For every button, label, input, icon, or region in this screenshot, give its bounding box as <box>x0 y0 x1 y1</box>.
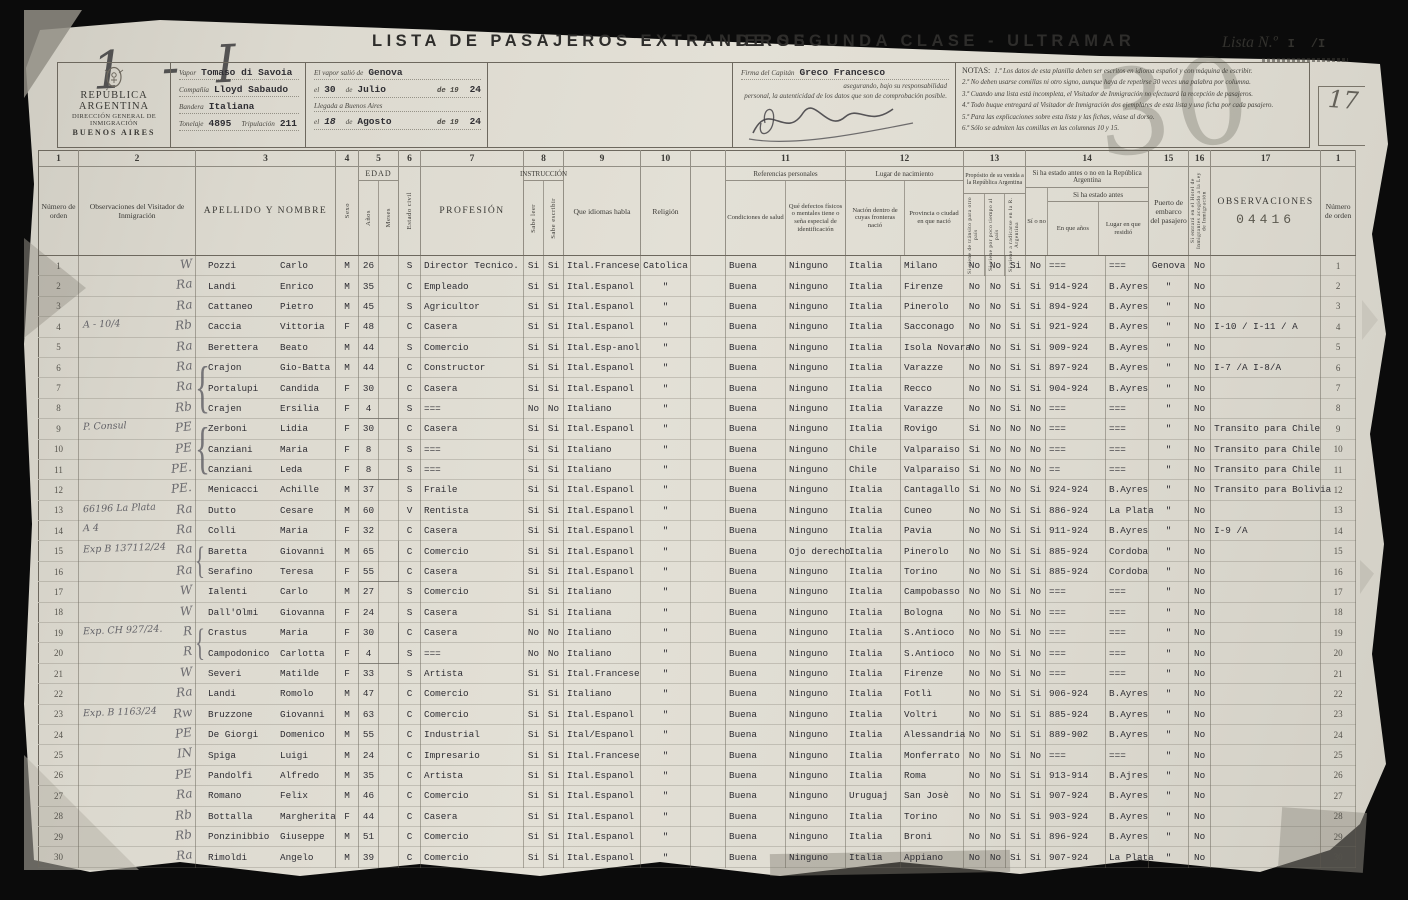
cell-reads: Si <box>524 541 544 561</box>
cell-purpose-temporary: No <box>986 826 1006 846</box>
cell-languages: Ital.Francese <box>564 256 641 276</box>
cell-profession: Comercio <box>421 847 524 867</box>
cell-surname: Crajon <box>196 362 280 373</box>
cell-profession: Constructor <box>421 357 524 377</box>
cell-order-number-right: 3 <box>1321 296 1356 316</box>
cell-place-resided: B.Ayres <box>1106 724 1149 744</box>
cell-reads: Si <box>524 602 544 622</box>
cell-age-years: 55 <box>359 724 379 744</box>
passenger-row: 17WIalentiCarloM27SComercioSiSiItaliano"… <box>39 582 1356 602</box>
cell-civil-status: C <box>399 724 421 744</box>
cell-civil-status: S <box>399 337 421 357</box>
cell-place-resided: B.Ayres <box>1106 337 1149 357</box>
cell-given-name: Alfredo <box>280 770 319 781</box>
cell-name: SeveriMatilde <box>196 663 336 683</box>
cell-order-number-right: 25 <box>1321 745 1356 765</box>
cell-purpose-transit: No <box>964 684 986 704</box>
cell-visitador-observation: W <box>79 582 196 602</box>
cell-writes: Si <box>544 276 564 296</box>
cell-profession: === <box>421 459 524 479</box>
cell-surname: Bottalla <box>196 811 280 822</box>
cell-writes: Si <box>544 765 564 785</box>
cell-birth-province: Firenze <box>901 663 964 683</box>
cell-observations <box>1211 745 1321 765</box>
visitador-initials: PE <box>174 419 192 435</box>
passenger-row: 22RaLandiRomoloM47CComercioSiSiItaliano"… <box>39 684 1356 704</box>
cell-purpose-settle: Si <box>1006 337 1026 357</box>
passenger-row: 8RbCrajenErsiliaF4S===NoNoItaliano"Buena… <box>39 398 1356 418</box>
cell-place-resided: B.Ayres <box>1106 357 1149 377</box>
lista-value: I <box>1282 37 1301 51</box>
cell-embark-port: " <box>1149 398 1189 418</box>
cell-been-before: Si <box>1026 378 1046 398</box>
cell-purpose-settle: Si <box>1006 276 1026 296</box>
cell-birth-province: Campobasso <box>901 582 964 602</box>
handwritten-observation: Exp B 137112/24 <box>83 542 166 556</box>
cell-years-before: == <box>1046 459 1106 479</box>
cell-embark-port: " <box>1149 704 1189 724</box>
cell-embark-port: " <box>1149 786 1189 806</box>
cell-observations <box>1211 398 1321 418</box>
cell-visitador-observation: Exp. B 1163/24Rw <box>79 704 196 724</box>
cell-reads: Si <box>524 704 544 724</box>
cell-birth-province: Voltri <box>901 704 964 724</box>
cell-observations <box>1211 684 1321 704</box>
cell-civil-status: C <box>399 806 421 826</box>
cell-years-before: 907-924 <box>1046 847 1106 867</box>
cell-surname: Menicacci <box>196 484 280 495</box>
cell-languages: Ital.Espanol <box>564 541 641 561</box>
cell-gap <box>691 643 726 663</box>
cell-surname: Romano <box>196 790 280 801</box>
cell-health: Buena <box>726 439 786 459</box>
cell-birth-province: Valparaiso <box>901 459 964 479</box>
cell-place-resided: B.Ajres <box>1106 765 1149 785</box>
cell-surname: Landi <box>196 688 280 699</box>
cell-age-months <box>379 521 399 541</box>
cell-name: SerafinoTeresa <box>196 561 336 581</box>
header-civil-status: 6Estado civil <box>399 151 421 256</box>
cell-observations: I-9 /A <box>1211 521 1321 541</box>
bandera-value: Italiana <box>209 101 255 112</box>
cell-gap <box>691 745 726 765</box>
cell-given-name: Romolo <box>280 688 313 699</box>
cell-civil-status: C <box>399 357 421 377</box>
cell-birth-nation: Chile <box>846 439 901 459</box>
de-label-2: de <box>346 118 353 126</box>
passenger-row: 1366196 La PlataRaDuttoCesareM60VRentist… <box>39 500 1356 520</box>
cell-name: CacciaVittoria <box>196 317 336 337</box>
cell-order-number: 29 <box>39 826 79 846</box>
passenger-rows: 1WPozziCarloM26SDirector Tecnico.SiSiIta… <box>39 256 1356 868</box>
cell-surname: Landi <box>196 281 280 292</box>
cell-place-resided: B.Ayres <box>1106 704 1149 724</box>
cell-gap <box>691 826 726 846</box>
cell-purpose-settle: Si <box>1006 724 1026 744</box>
cell-health: Buena <box>726 378 786 398</box>
cell-defects: Ninguno <box>786 337 846 357</box>
cell-observations <box>1211 296 1321 316</box>
cell-embark-port: " <box>1149 602 1189 622</box>
cell-languages: Ital.Espanol <box>564 704 641 724</box>
header-observations: 17OBSERVACIONES04416 <box>1211 151 1321 256</box>
cell-age-years: 47 <box>359 684 379 704</box>
cell-civil-status: S <box>399 582 421 602</box>
cell-purpose-transit: No <box>964 296 986 316</box>
cell-years-before: === <box>1046 439 1106 459</box>
cell-been-before: No <box>1026 459 1046 479</box>
cell-languages: Italiano <box>564 459 641 479</box>
cell-birth-nation: Italia <box>846 765 901 785</box>
cell-visitador-observation: IN <box>79 745 196 765</box>
header-visitador-obs: 2Observaciones del Visitador de Inmigrac… <box>79 151 196 256</box>
cell-order-number: 21 <box>39 663 79 683</box>
cell-observations <box>1211 806 1321 826</box>
visitador-initials: Ra <box>175 277 193 293</box>
cell-order-number-right: 17 <box>1321 582 1356 602</box>
cell-years-before: 906-924 <box>1046 684 1106 704</box>
cell-birth-nation: Italia <box>846 276 901 296</box>
coat-of-arms-icon <box>101 66 127 88</box>
cell-religion: " <box>641 337 691 357</box>
cell-reads: Si <box>524 826 544 846</box>
cell-embark-port: " <box>1149 276 1189 296</box>
cell-visitador-observation: Ra <box>79 296 196 316</box>
cell-been-before: Si <box>1026 786 1046 806</box>
passenger-row: 15Exp B 137112/24Ra{BarettaGiovanniM65CC… <box>39 541 1356 561</box>
de-label: de <box>346 86 353 94</box>
cell-visitador-observation: Ra <box>79 337 196 357</box>
cell-purpose-temporary: No <box>986 317 1006 337</box>
cell-years-before: 903-924 <box>1046 806 1106 826</box>
cell-sex: M <box>336 847 359 867</box>
handwritten-observation: A 4 <box>83 523 99 535</box>
passenger-row: 4A - 10/4RbCacciaVittoriaF48CCaseraSiSiI… <box>39 317 1356 337</box>
cell-order-number: 11 <box>39 459 79 479</box>
cell-religion: " <box>641 541 691 561</box>
cell-civil-status: C <box>399 317 421 337</box>
cell-profession: Comercio <box>421 704 524 724</box>
cell-birth-province: Torino <box>901 806 964 826</box>
vapor-value: Tomaso di Savoia <box>201 67 292 78</box>
cell-order-number-right: 28 <box>1321 806 1356 826</box>
cell-age-months <box>379 378 399 398</box>
cell-age-months <box>379 317 399 337</box>
cell-civil-status: S <box>399 480 421 500</box>
cell-gap <box>691 582 726 602</box>
cell-languages: Ital.Francese <box>564 663 641 683</box>
cell-visitador-observation: Ra <box>79 357 196 377</box>
cell-been-before: No <box>1026 398 1046 418</box>
cell-profession: Artista <box>421 765 524 785</box>
cell-birth-province: Pinerolo <box>901 296 964 316</box>
cell-observations <box>1211 561 1321 581</box>
cell-birth-province: Cuneo <box>901 500 964 520</box>
cell-order-number-right: 26 <box>1321 765 1356 785</box>
cell-hotel: No <box>1189 765 1211 785</box>
cell-embark-port: " <box>1149 419 1189 439</box>
salida-label: El vapor salió de <box>314 69 363 77</box>
cell-defects: Ninguno <box>786 745 846 765</box>
cell-sex: M <box>336 765 359 785</box>
cell-defects: Ninguno <box>786 623 846 643</box>
cell-purpose-settle: Si <box>1006 317 1026 337</box>
cell-purpose-transit: No <box>964 582 986 602</box>
cell-birth-nation: Chile <box>846 459 901 479</box>
cell-observations <box>1211 541 1321 561</box>
cell-surname: Pozzi <box>196 260 280 271</box>
cell-writes: Si <box>544 500 564 520</box>
cell-order-number-right: 13 <box>1321 500 1356 520</box>
cell-name: BeretteraBeato <box>196 337 336 357</box>
cell-order-number: 15 <box>39 541 79 561</box>
cell-profession: Empleado <box>421 276 524 296</box>
header-order-number: 1Número de orden <box>39 151 79 256</box>
passenger-row: 26PEPandolfiAlfredoM35CArtistaSiSiItal.E… <box>39 765 1356 785</box>
cell-birth-nation: Italia <box>846 398 901 418</box>
cell-order-number: 23 <box>39 704 79 724</box>
cell-observations: Transito para Chile <box>1211 439 1321 459</box>
cell-purpose-temporary: No <box>986 337 1006 357</box>
visitador-initials: PE <box>174 725 192 741</box>
cell-birth-province: Pavia <box>901 521 964 541</box>
cell-been-before: Si <box>1026 561 1046 581</box>
cell-observations <box>1211 602 1321 622</box>
cell-surname: Baretta <box>196 546 280 557</box>
captain-signature <box>743 93 923 145</box>
cell-surname: Ponzinibbio <box>196 831 280 842</box>
cell-years-before: === <box>1046 745 1106 765</box>
cell-sex: M <box>336 256 359 276</box>
cell-order-number: 16 <box>39 561 79 581</box>
cell-languages: Italiano <box>564 623 641 643</box>
cell-age-months <box>379 623 399 643</box>
cell-purpose-settle: Si <box>1006 765 1026 785</box>
cell-purpose-temporary: No <box>986 765 1006 785</box>
cell-health: Buena <box>726 541 786 561</box>
visitador-initials: R <box>182 644 192 659</box>
cell-given-name: Lidia <box>280 423 308 434</box>
cell-age-years: 30 <box>359 623 379 643</box>
cell-name: PonzinibbioGiuseppe <box>196 826 336 846</box>
cell-civil-status: S <box>399 256 421 276</box>
llegada-label: Llegada a Buenos Aires <box>314 102 382 110</box>
cell-sex: M <box>336 500 359 520</box>
cell-order-number: 17 <box>39 582 79 602</box>
cell-order-number-right: 23 <box>1321 704 1356 724</box>
passenger-row: 5RaBeretteraBeatoM44SComercioSiSiItal.Es… <box>39 337 1356 357</box>
cell-profession: Casera <box>421 378 524 398</box>
cell-purpose-temporary: No <box>986 521 1006 541</box>
cell-been-before: No <box>1026 256 1046 276</box>
cell-languages: Italiano <box>564 398 641 418</box>
cell-languages: Ital/Espanol <box>564 724 641 744</box>
cell-reads: Si <box>524 561 544 581</box>
cell-purpose-transit: No <box>964 378 986 398</box>
cell-purpose-transit: No <box>964 643 986 663</box>
cell-birth-nation: Italia <box>846 704 901 724</box>
cell-been-before: Si <box>1026 684 1046 704</box>
cell-sex: F <box>336 521 359 541</box>
cell-order-number: 13 <box>39 500 79 520</box>
cell-surname: Dall'Olmi <box>196 607 280 618</box>
cell-been-before: Si <box>1026 296 1046 316</box>
cell-age-months <box>379 582 399 602</box>
salida-mes: Julio <box>357 84 386 95</box>
cell-observations <box>1211 826 1321 846</box>
handwritten-observation: A - 10/4 <box>83 319 121 331</box>
cell-reads: Si <box>524 419 544 439</box>
cell-reads: No <box>524 398 544 418</box>
cell-languages: Ital.Espanol <box>564 357 641 377</box>
cell-name: CrajenErsilia <box>196 398 336 418</box>
cell-purpose-temporary: No <box>986 480 1006 500</box>
cell-age-years: 46 <box>359 786 379 806</box>
cell-civil-status: C <box>399 378 421 398</box>
cell-gap <box>691 561 726 581</box>
cell-defects: Ninguno <box>786 663 846 683</box>
cell-purpose-settle: Si <box>1006 826 1026 846</box>
cell-languages: Ital.Espanol <box>564 480 641 500</box>
cell-sex: F <box>336 398 359 418</box>
passenger-row: 25INSpigaLuigiM24CImpresarioSiSiItal.Fra… <box>39 745 1356 765</box>
cell-surname: Canziani <box>196 444 280 455</box>
cell-name: CanzianiMaria <box>196 439 336 459</box>
cell-purpose-temporary: No <box>986 582 1006 602</box>
cell-years-before: 894-924 <box>1046 296 1106 316</box>
cell-writes: Si <box>544 826 564 846</box>
cell-reads: Si <box>524 317 544 337</box>
cell-purpose-settle: No <box>1006 439 1026 459</box>
cell-hotel: No <box>1189 439 1211 459</box>
cell-observations <box>1211 643 1321 663</box>
cell-order-number: 20 <box>39 643 79 663</box>
cell-purpose-settle: Si <box>1006 663 1026 683</box>
cell-order-number: 25 <box>39 745 79 765</box>
cell-defects: Ninguno <box>786 276 846 296</box>
cell-reads: No <box>524 643 544 663</box>
cell-age-months <box>379 786 399 806</box>
cell-gap <box>691 296 726 316</box>
cell-order-number-right: 30 <box>1321 847 1356 867</box>
cell-name: RomanoFelix <box>196 786 336 806</box>
cell-given-name: Margherita <box>280 811 336 822</box>
cell-surname: Serafino <box>196 566 280 577</box>
cell-embark-port: " <box>1149 337 1189 357</box>
cell-age-years: 24 <box>359 602 379 622</box>
passenger-row: 28RbBottallaMargheritaF44CCaseraSiSiItal… <box>39 806 1356 826</box>
cell-observations: Transito para Bolivia <box>1211 480 1321 500</box>
cell-surname: Bruzzone <box>196 709 280 720</box>
cell-writes: Si <box>544 378 564 398</box>
cell-profession: Comercio <box>421 684 524 704</box>
cell-reads: Si <box>524 745 544 765</box>
cell-health: Buena <box>726 357 786 377</box>
cell-name: Dall'OlmiGiovanna <box>196 602 336 622</box>
cell-name: LandiEnrico <box>196 276 336 296</box>
cell-order-number-right: 27 <box>1321 786 1356 806</box>
cell-place-resided: B.Ayres <box>1106 521 1149 541</box>
cell-visitador-observation: A - 10/4Rb <box>79 317 196 337</box>
cell-been-before: No <box>1026 602 1046 622</box>
cell-place-resided: B.Ayres <box>1106 786 1149 806</box>
cell-name: DuttoCesare <box>196 500 336 520</box>
cell-birth-province: S.Antioco <box>901 643 964 663</box>
cell-gap <box>691 439 726 459</box>
cell-defects: Ninguno <box>786 317 846 337</box>
cell-health: Buena <box>726 806 786 826</box>
visitador-initials: Ra <box>175 848 193 864</box>
cell-hotel: No <box>1189 826 1211 846</box>
visitador-initials: W <box>179 603 193 618</box>
cell-reads: Si <box>524 296 544 316</box>
cell-age-years: 32 <box>359 521 379 541</box>
cell-given-name: Candida <box>280 383 319 394</box>
cell-given-name: Pietro <box>280 301 313 312</box>
cell-purpose-transit: No <box>964 398 986 418</box>
cell-surname: Crajen <box>196 403 280 414</box>
cell-observations <box>1211 378 1321 398</box>
cell-name: MenicacciAchille <box>196 480 336 500</box>
cell-reads: Si <box>524 378 544 398</box>
cell-civil-status: C <box>399 561 421 581</box>
cell-visitador-observation: Ra <box>79 684 196 704</box>
cell-reads: Si <box>524 847 544 867</box>
cell-birth-nation: Italia <box>846 602 901 622</box>
cell-gap <box>691 724 726 744</box>
cell-birth-nation: Italia <box>846 521 901 541</box>
passenger-row: 11PE.CanzianiLedaF8S===SiSiItaliano"Buen… <box>39 459 1356 479</box>
cell-given-name: Maria <box>280 444 308 455</box>
cell-age-months <box>379 643 399 663</box>
passenger-row: 16RaSerafinoTeresaF55CCaseraSiSiItal.Esp… <box>39 561 1356 581</box>
handwritten-observation: Exp. CH 927/24. <box>83 624 163 638</box>
cell-birth-province: S.Antioco <box>901 623 964 643</box>
observaciones-stamp-number: 04416 <box>1236 215 1295 224</box>
cell-age-years: 65 <box>359 541 379 561</box>
cell-gap <box>691 357 726 377</box>
cell-surname: Dutto <box>196 505 280 516</box>
cell-birth-province: Roma <box>901 765 964 785</box>
cell-given-name: Maria <box>280 627 308 638</box>
cell-years-before: 911-924 <box>1046 521 1106 541</box>
header-been-before: 14Si ha estado antes o no en la Repúblic… <box>1026 151 1149 256</box>
cell-years-before: === <box>1046 602 1106 622</box>
cell-profession: Comercio <box>421 541 524 561</box>
cell-purpose-settle: Si <box>1006 357 1026 377</box>
cell-writes: Si <box>544 317 564 337</box>
cell-languages: Ital.Espanol <box>564 765 641 785</box>
cell-observations: Transito para Chile <box>1211 459 1321 479</box>
cell-purpose-settle: Si <box>1006 806 1026 826</box>
cell-writes: Si <box>544 419 564 439</box>
cell-observations: I-10 / I-11 / A <box>1211 317 1321 337</box>
cell-years-before: 889-902 <box>1046 724 1106 744</box>
header-age: 5EDADAñosMeses <box>359 151 399 256</box>
cell-been-before: Si <box>1026 337 1046 357</box>
visitador-initials: IN <box>176 746 193 762</box>
header-order-number-right: 1Número de orden <box>1321 151 1356 256</box>
cell-purpose-settle: Si <box>1006 582 1026 602</box>
cell-place-resided: B.Ayres <box>1106 317 1149 337</box>
cell-sex: M <box>336 786 359 806</box>
cell-given-name: Teresa <box>280 566 313 577</box>
cell-gap <box>691 765 726 785</box>
cell-been-before: No <box>1026 643 1046 663</box>
cell-age-months <box>379 480 399 500</box>
cell-health: Buena <box>726 847 786 867</box>
cell-age-months <box>379 276 399 296</box>
